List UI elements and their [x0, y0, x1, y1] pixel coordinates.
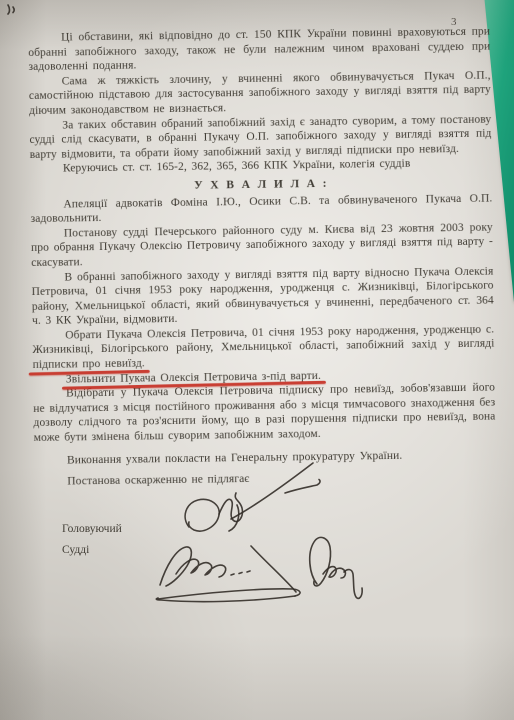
ink-stroke	[8, 5, 10, 14]
ink-stroke	[251, 546, 296, 592]
pen-mark	[8, 5, 14, 14]
signature-judge-right	[310, 537, 362, 598]
ink-stroke	[13, 7, 14, 13]
ink-stroke	[185, 499, 219, 531]
court-document-photo: 3 Ці обставини, які відповідно до ст. 15…	[0, 0, 514, 720]
ink-stroke	[285, 480, 320, 494]
signature-judge-left	[156, 546, 300, 602]
handwritten-ink-layer	[0, 0, 514, 720]
ink-stroke	[231, 571, 250, 575]
ink-stroke	[344, 570, 362, 599]
ink-stroke	[231, 463, 313, 519]
signature-chairman	[185, 463, 320, 531]
ink-stroke	[176, 559, 226, 577]
ink-stroke	[160, 547, 191, 586]
ink-stroke	[310, 537, 331, 585]
